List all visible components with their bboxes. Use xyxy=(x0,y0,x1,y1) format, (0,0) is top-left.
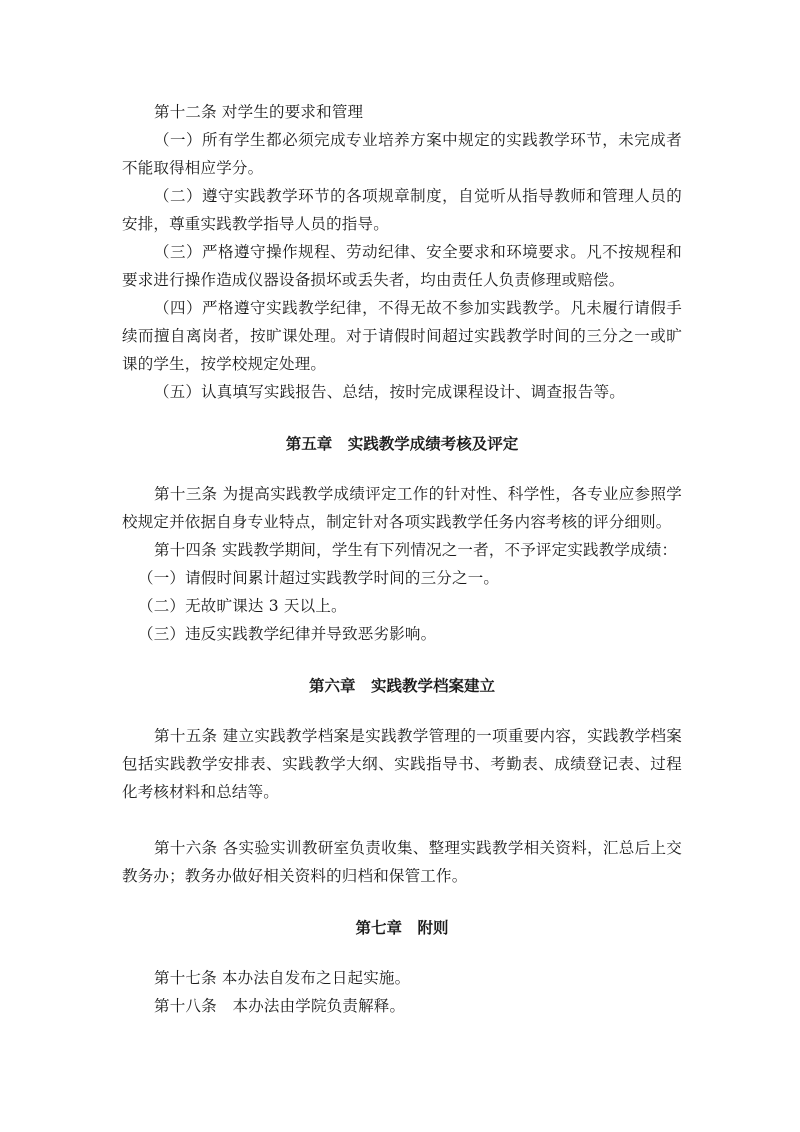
article-12-item-5: （五）认真填写实践报告、总结，按时完成课程设计、调查报告等。 xyxy=(122,378,682,406)
article-12-title: 第十二条 对学生的要求和管理 xyxy=(122,98,682,126)
article-16: 第十六条 各实验实训教研室负责收集、整理实践教学相关资料，汇总后上交教务办；教务… xyxy=(122,834,682,890)
spacer xyxy=(122,458,682,480)
article-14-item-2: （二）无故旷课达 3 天以上。 xyxy=(122,592,682,620)
article-14-item-3: （三）违反实践教学纪律并导致恶劣影响。 xyxy=(122,620,682,648)
chapter-7-heading: 第七章 附则 xyxy=(122,914,682,942)
spacer xyxy=(122,700,682,722)
article-18: 第十八条 本办法由学院负责解释。 xyxy=(122,992,682,1020)
article-14: 第十四条 实践教学期间，学生有下列情况之一者，不予评定实践教学成绩： xyxy=(122,536,682,564)
spacer xyxy=(122,806,682,834)
article-13: 第十三条 为提高实践教学成绩评定工作的针对性、科学性，各专业应参照学校规定并依据… xyxy=(122,480,682,536)
article-15: 第十五条 建立实践教学档案是实践教学管理的一项重要内容，实践教学档案包括实践教学… xyxy=(122,722,682,806)
article-14-item-1: （一）请假时间累计超过实践教学时间的三分之一。 xyxy=(122,564,682,592)
chapter-5-heading: 第五章 实践教学成绩考核及评定 xyxy=(122,430,682,458)
document-page: 第十二条 对学生的要求和管理 （一）所有学生都必须完成专业培养方案中规定的实践教… xyxy=(122,98,682,1020)
article-12-item-3: （三）严格遵守操作规程、劳动纪律、安全要求和环境要求。凡不按规程和要求进行操作造… xyxy=(122,238,682,294)
spacer xyxy=(122,890,682,914)
spacer xyxy=(122,942,682,964)
article-12-item-1: （一）所有学生都必须完成专业培养方案中规定的实践教学环节，未完成者不能取得相应学… xyxy=(122,126,682,182)
article-17: 第十七条 本办法自发布之日起实施。 xyxy=(122,964,682,992)
spacer xyxy=(122,406,682,430)
spacer xyxy=(122,648,682,672)
article-12-item-4: （四）严格遵守实践教学纪律，不得无故不参加实践教学。凡未履行请假手续而擅自离岗者… xyxy=(122,294,682,378)
article-12-item-2: （二）遵守实践教学环节的各项规章制度，自觉听从指导教师和管理人员的安排，尊重实践… xyxy=(122,182,682,238)
chapter-6-heading: 第六章 实践教学档案建立 xyxy=(122,672,682,700)
